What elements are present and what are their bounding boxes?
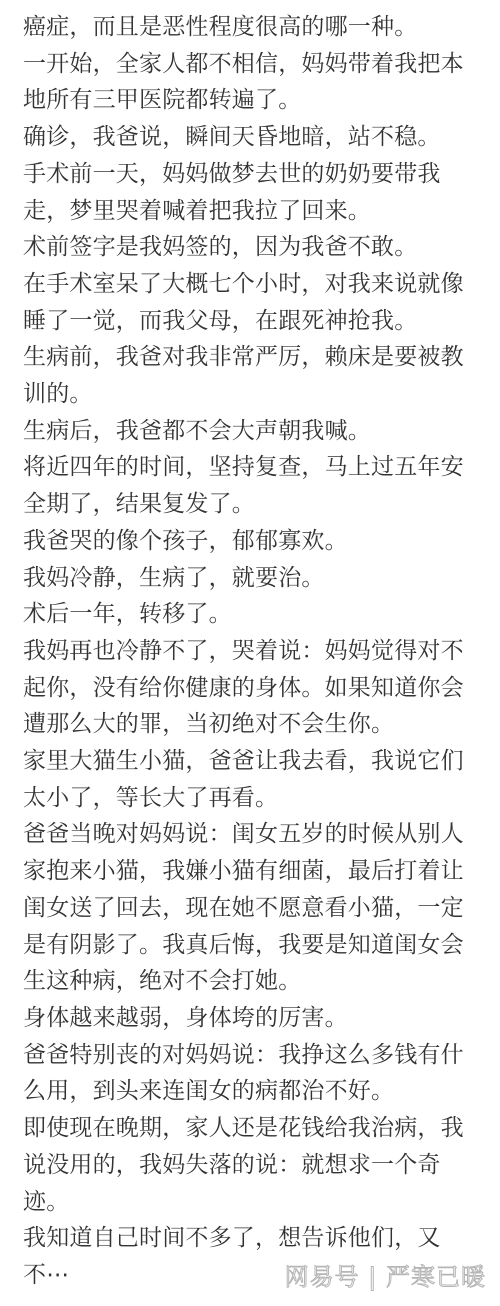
paragraph: 爸爸特别丧的对妈妈说：我挣这么多钱有什么用，到头来连闺女的病都治不好。 [23,1037,473,1110]
paragraph: 术前签字是我妈签的，因为我爸不敢。 [23,229,473,266]
paragraph: 在手术室呆了大概七个小时，对我来说就像睡了一觉，而我父母，在跟死神抢我。 [23,266,473,339]
paragraph: 我妈再也冷静不了，哭着说：妈妈觉得对不起你，没有给你健康的身体。如果知道你会遭那… [23,633,473,743]
paragraph: 我妈冷静，生病了，就要治。 [23,560,473,597]
paragraph: 确诊，我爸说，瞬间天昏地暗，站不稳。 [23,119,473,156]
paragraph: 即使现在晚期，家人还是花钱给我治病，我说没用的，我妈失落的说：就想求一个奇迹。 [23,1110,473,1220]
paragraph: 手术前一天，妈妈做梦去世的奶奶要带我走，梦里哭着喊着把我拉了回来。 [23,156,473,229]
paragraph: 生病后，我爸都不会大声朝我喊。 [23,413,473,450]
paragraph: 生病前，我爸对我非常严厉，赖床是要被教训的。 [23,339,473,412]
paragraph: 家里大猫生小猫，爸爸让我去看，我说它们太小了，等长大了再看。 [23,743,473,816]
paragraph: 爸爸当晚对妈妈说：闺女五岁的时候从别人家抱来小猫，我嫌小猫有细菌，最后打着让闺女… [23,816,473,1000]
paragraph: 一开始，全家人都不相信，妈妈带着我把本地所有三甲医院都转遍了。 [23,46,473,119]
paragraph: 我知道自己时间不多了，想告诉他们，又不⋯ [23,1220,473,1293]
paragraph: 我爸哭的像个孩子，郁郁寡欢。 [23,523,473,560]
paragraph: 将近四年的时间，坚持复查，马上过五年安全期了，结果复发了。 [23,449,473,522]
paragraph: 身体越来越弱，身体垮的厉害。 [23,1000,473,1037]
paragraph: 术后一年，转移了。 [23,596,473,633]
paragraph: 癌症，而且是恶性程度很高的哪一种。 [23,9,473,46]
article-body: 癌症，而且是恶性程度很高的哪一种。 一开始，全家人都不相信，妈妈带着我把本地所有… [23,9,473,1294]
